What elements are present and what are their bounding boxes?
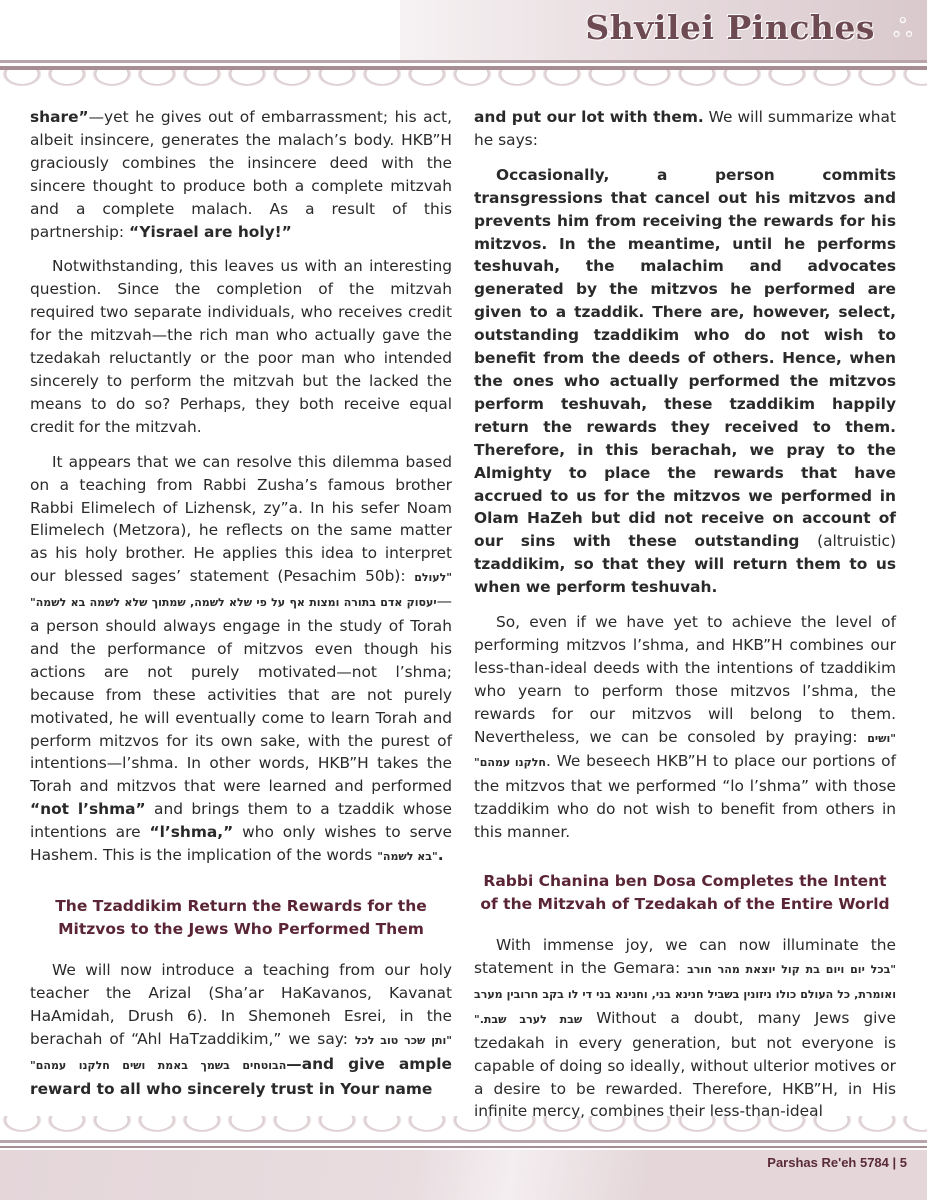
page-number-label: Parshas Re'eh 5784 | 5: [767, 1155, 907, 1170]
body-text: It appears that we can resolve this dile…: [30, 453, 452, 586]
quoted-teaching: Occasionally, a person commits transgres…: [474, 164, 896, 599]
footer-divider: [0, 1140, 927, 1143]
bold-text: Occasionally, a person commits transgres…: [474, 166, 896, 551]
paragraph: We will now introduce a teaching from ou…: [30, 959, 452, 1100]
paragraph: and put our lot with them. We will summa…: [474, 106, 896, 152]
paragraph: share”—yet he gives out of embarrassment…: [30, 106, 452, 243]
footer-divider: [0, 1146, 927, 1148]
swirl-ornament-icon: ஃ: [893, 14, 913, 47]
page-footer: Parshas Re'eh 5784 | 5: [0, 1110, 927, 1200]
paragraph: So, even if we have yet to achieve the l…: [474, 611, 896, 844]
section-heading: Rabbi Chanina ben Dosa Completes the Int…: [474, 870, 896, 916]
header-divider: [0, 60, 927, 63]
bold-text: tzaddikim, so that they will return them…: [474, 555, 896, 596]
publication-title: Shvilei Pinches: [585, 8, 875, 47]
body-text: —a person should always engage in the st…: [30, 592, 452, 795]
bold-text: “Yisrael are holy!”: [129, 223, 292, 241]
left-column: share”—yet he gives out of embarrassment…: [30, 106, 452, 1112]
bold-text: share”: [30, 108, 89, 126]
hebrew-quote: "בא לשמה": [377, 850, 438, 863]
footer-ornament-border: [0, 1116, 927, 1138]
bold-text: and put our lot with them.: [474, 108, 704, 126]
paragraph: It appears that we can resolve this dile…: [30, 451, 452, 869]
header-ornament-border: [0, 70, 927, 92]
bold-text: “not l’shma”: [30, 800, 146, 818]
bold-text: “l’shma,”: [149, 823, 233, 841]
body-text: So, even if we have yet to achieve the l…: [474, 613, 896, 746]
body-text: (altruistic): [817, 532, 896, 550]
page-header: ஃ Shvilei Pinches ஃ: [0, 0, 927, 100]
body-text: .: [438, 846, 444, 864]
body-text: —yet he gives out of embarrassment; his …: [30, 108, 452, 241]
right-column: and put our lot with them. We will summa…: [474, 106, 896, 1135]
paragraph: Notwithstanding, this leaves us with an …: [30, 255, 452, 438]
section-heading: The Tzaddikim Return the Rewards for the…: [30, 895, 452, 941]
paragraph: With immense joy, we can now illuminate …: [474, 934, 896, 1123]
